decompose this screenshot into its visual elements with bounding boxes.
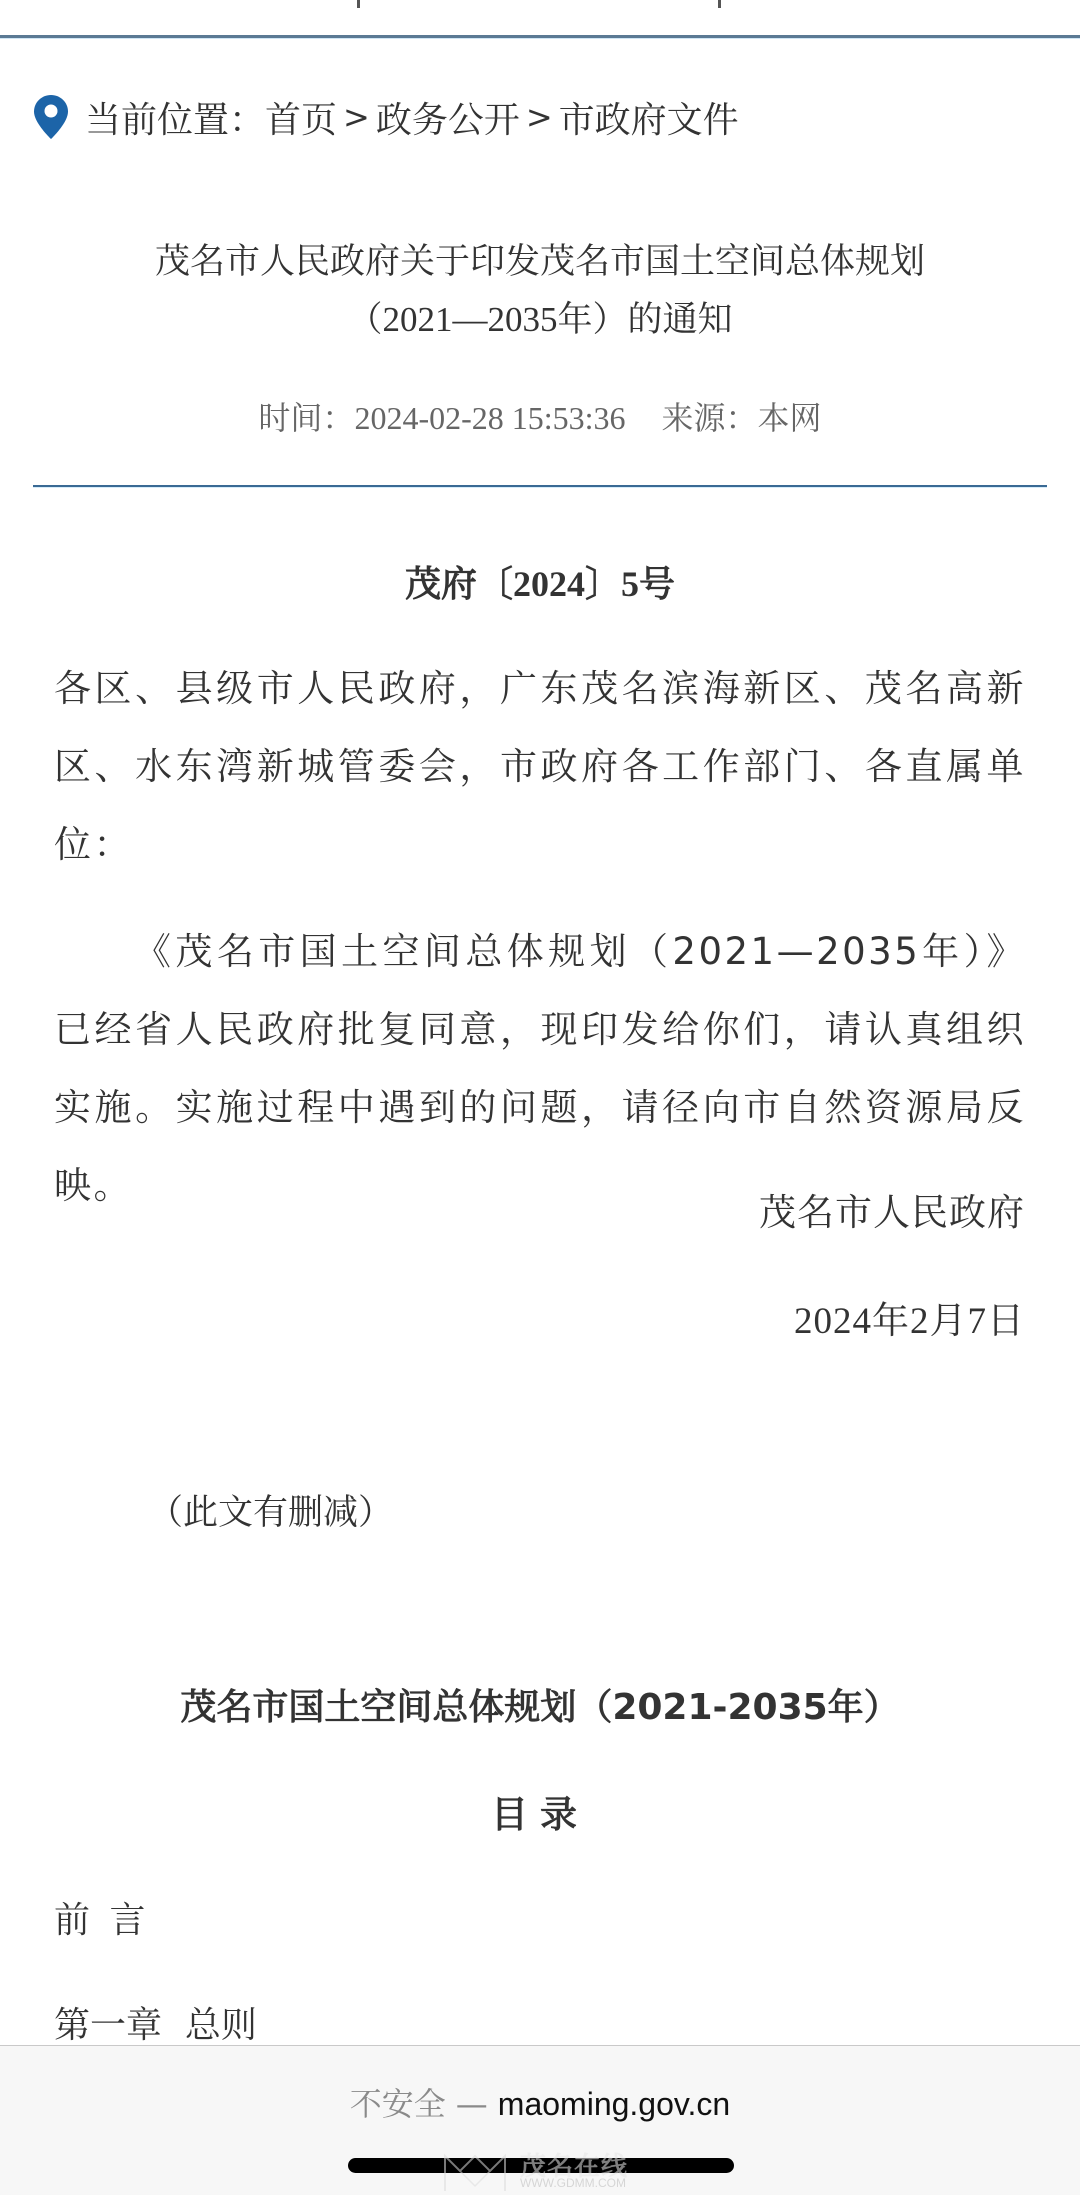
- body-paragraph: 《茂名市国土空间总体规划（2021—2035年）》已经省人民政府批复同意，现印发…: [54, 913, 1026, 1225]
- document-number: 茂府〔2024〕5号: [0, 560, 1080, 608]
- breadcrumb-city-docs-link[interactable]: 市政府文件: [559, 92, 739, 143]
- toc-heading: 目录: [0, 1790, 1080, 1840]
- security-label: 不安全: [350, 2085, 446, 2123]
- domain-text: maoming.gov.cn: [498, 2086, 730, 2122]
- home-indicator[interactable]: [348, 2158, 734, 2173]
- signature: 茂名市人民政府: [759, 1189, 1025, 1237]
- plan-title: 茂名市国土空间总体规划（2021-2035年）: [0, 1683, 1080, 1733]
- article-meta: 时间：2024-02-28 15:53:36来源：本网: [0, 396, 1080, 440]
- location-pin-icon: [33, 94, 69, 140]
- source-label: 来源：: [662, 400, 758, 436]
- toc-item-preface[interactable]: 前 言: [54, 1897, 149, 1945]
- toc-item-chapter-1[interactable]: 第一章 总则: [54, 2002, 257, 2050]
- abridged-note: （此文有删减）: [148, 1489, 393, 1537]
- time-label: 时间：: [258, 400, 354, 436]
- article-title-line-2: （2021—2035年）的通知: [100, 291, 980, 348]
- header-divider: [0, 35, 1080, 38]
- cut-off-text-fragment: [357, 0, 360, 8]
- breadcrumb-separator: >: [343, 98, 370, 136]
- addressee-paragraph: 各区、县级市人民政府，广东茂名滨海新区、茂名高新区、水东湾新城管委会，市政府各工…: [54, 650, 1026, 884]
- article-divider: [33, 485, 1047, 487]
- watermark-url: WWW.GDMM.COM: [520, 2176, 626, 2190]
- breadcrumb-separator: >: [526, 98, 553, 136]
- article-title: 茂名市人民政府关于印发茂名市国土空间总体规划 （2021—2035年）的通知: [100, 234, 980, 348]
- breadcrumb-home-link[interactable]: 首页: [265, 92, 337, 143]
- breadcrumb-prefix: 当前位置：: [85, 92, 265, 143]
- publish-time: 2024-02-28 15:53:36: [354, 400, 625, 436]
- address-separator: —: [456, 2085, 488, 2123]
- source-value: 本网: [758, 400, 822, 436]
- breadcrumb: 当前位置： 首页 > 政务公开 > 市政府文件: [33, 92, 739, 142]
- breadcrumb-gov-affairs-link[interactable]: 政务公开: [376, 92, 520, 143]
- article-title-line-1: 茂名市人民政府关于印发茂名市国土空间总体规划: [100, 234, 980, 291]
- cut-off-text-fragment: [718, 0, 721, 8]
- browser-bottom-bar: 不安全—maoming.gov.cn 茂名在线 WWW.GDMM.COM: [0, 2045, 1080, 2195]
- address-bar[interactable]: 不安全—maoming.gov.cn: [0, 2082, 1080, 2126]
- document-date: 2024年2月7日: [794, 1298, 1025, 1346]
